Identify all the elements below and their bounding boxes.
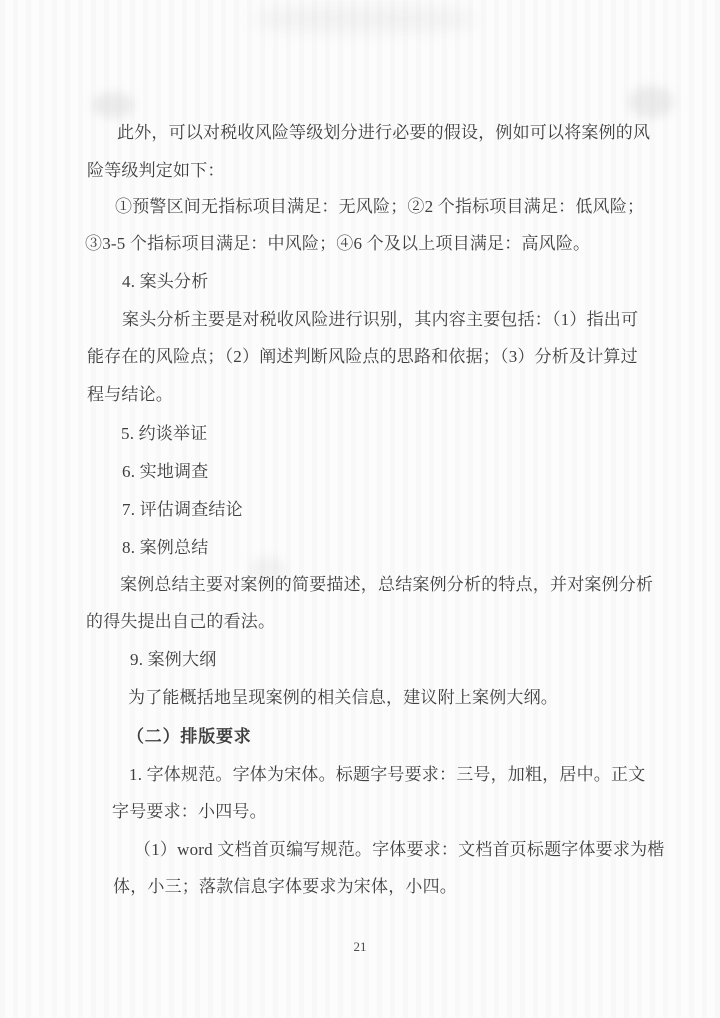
numbered-heading-case-outline: 9. 案例大纲: [130, 649, 216, 671]
scan-smudge: [628, 86, 674, 118]
paragraph-line: 为了能概括地呈现案例的相关信息，建议附上案例大纲。: [128, 687, 558, 709]
numbered-heading-casework-analysis: 4. 案头分析: [122, 271, 208, 293]
section-heading-typesetting-requirements: （二）排版要求: [127, 726, 252, 748]
paragraph-line: 体，小三；落款信息字体要求为宋体，小四。: [113, 876, 457, 898]
scan-smudge: [255, 6, 475, 32]
numbered-heading-case-summary: 8. 案例总结: [122, 537, 208, 559]
numbered-heading-assessment-conclusion: 7. 评估调查结论: [122, 499, 243, 521]
numbered-heading-field-investigation: 6. 实地调查: [122, 461, 208, 483]
paragraph-line: 案例总结主要对案例的简要描述，总结案例分析的特点，并对案例分析: [120, 574, 653, 596]
paragraph-line: 1. 字体规范。字体为宋体。标题字号要求：三号，加粗，居中。正文: [129, 764, 645, 786]
paragraph-line: 的得失提出自己的看法。: [86, 611, 275, 633]
paragraph-line: 能存在的风险点；（2）阐述判断风险点的思路和依据；（3）分析及计算过: [87, 346, 638, 368]
paragraph-line: ③3-5 个指标项目满足：中风险；④6 个及以上项目满足：高风险。: [85, 233, 590, 255]
paragraph-line: 程与结论。: [87, 384, 173, 406]
paragraph-line: 案头分析主要是对税收风险进行识别，其内容主要包括：（1）指出可: [122, 309, 638, 331]
paragraph-line: 字号要求：小四号。: [112, 801, 267, 823]
document-page: 此外，可以对税收风险等级划分进行必要的假设，例如可以将案例的风 险等级判定如下：…: [0, 0, 720, 1018]
page-number: 21: [0, 939, 720, 955]
paragraph-line: ①预警区间无指标项目满足：无风险；②2 个指标项目满足：低风险；: [115, 196, 644, 218]
scan-smudge: [92, 92, 134, 118]
paragraph-line: 此外，可以对税收风险等级划分进行必要的假设，例如可以将案例的风: [117, 122, 650, 144]
numbered-heading-interview-evidence: 5. 约谈举证: [121, 423, 207, 445]
paragraph-line: 险等级判定如下：: [87, 160, 225, 182]
paragraph-line: （1）word 文档首页编写规范。字体要求：文档首页标题字体要求为楷: [134, 839, 665, 861]
